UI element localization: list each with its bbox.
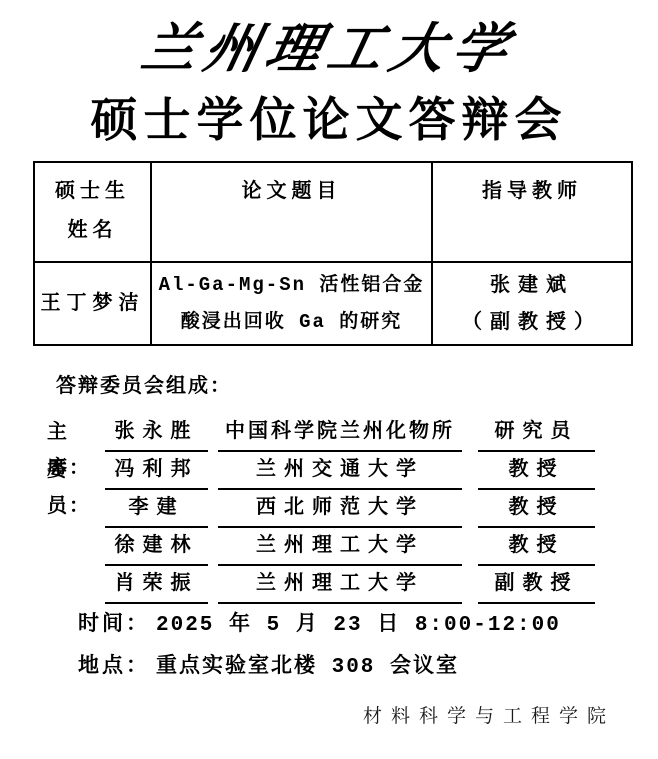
- member-name-underline: 李建: [105, 490, 208, 528]
- header-cell-student-name: 硕士生 姓名: [34, 162, 151, 262]
- member-name-underline: 徐建林: [105, 528, 208, 566]
- university-logo-calligraphy: 兰州理工大学: [0, 6, 658, 90]
- committee-list: 主席： 张永胜 中国科学院兰州化物所 研究员 委员： 冯利邦 兰州交通大学 教授…: [47, 414, 627, 604]
- committee-row-member-4: 肖荣振 兰州理工大学 副教授: [47, 566, 627, 604]
- member-name-underline: 冯利邦: [105, 452, 208, 490]
- member-org-underline: 兰州交通大学: [218, 452, 462, 490]
- header-cell-advisor: 指导教师: [432, 162, 632, 262]
- committee-row-member-1: 委员： 冯利邦 兰州交通大学 教授: [47, 452, 627, 490]
- committee-section-title: 答辩委员会组成：: [56, 369, 232, 398]
- member-title-underline: 教授: [478, 452, 595, 490]
- place-value: 重点实验室北楼 308 会议室: [156, 656, 459, 679]
- advisor-name-text: 张建斌: [433, 267, 631, 304]
- defense-info-table: 硕士生 姓名 论文题目 指导教师 王丁梦洁 Al-Ga-Mg-Sn 活性铝合金 …: [33, 161, 633, 346]
- table-data-row: 王丁梦洁 Al-Ga-Mg-Sn 活性铝合金 酸浸出回收 Ga 的研究 张建斌 …: [34, 262, 632, 345]
- header-cell-thesis-title: 论文题目: [151, 162, 432, 262]
- committee-row-member-2: 李建 西北师范大学 教授: [47, 490, 627, 528]
- department-signature: 材料科学与工程学院: [363, 701, 615, 728]
- place-label: 地点：: [78, 653, 150, 677]
- defense-announcement-document: 兰州理工大学 硕士学位论文答辩会 硕士生 姓名 论文题目 指导教师 王丁梦洁 A…: [0, 0, 658, 759]
- member-title-underline: 教授: [478, 490, 595, 528]
- chair-title-underline: 研究员: [478, 414, 595, 452]
- member-role-label: 委员：: [47, 452, 105, 490]
- time-row: 时间：2025 年 5 月 23 日 8:00-12:00: [78, 610, 561, 639]
- student-name-text: 王丁梦洁: [35, 285, 150, 322]
- chair-org-underline: 中国科学院兰州化物所: [218, 414, 462, 452]
- member-title-underline: 教授: [478, 528, 595, 566]
- member-org-underline: 西北师范大学: [218, 490, 462, 528]
- header-advisor-label: 指导教师: [433, 172, 631, 211]
- member-title-underline: 副教授: [478, 566, 595, 604]
- table-header-row: 硕士生 姓名 论文题目 指导教师: [34, 162, 632, 262]
- member-name-underline: 肖荣振: [105, 566, 208, 604]
- advisor-title-text: （副教授）: [433, 304, 631, 341]
- chair-name-underline: 张永胜: [105, 414, 208, 452]
- header-thesis-label: 论文题目: [152, 172, 431, 211]
- place-row: 地点：重点实验室北楼 308 会议室: [78, 652, 459, 681]
- cell-thesis-title: Al-Ga-Mg-Sn 活性铝合金 酸浸出回收 Ga 的研究: [151, 262, 432, 345]
- member-role-label: [47, 566, 105, 604]
- committee-row-chair: 主席： 张永胜 中国科学院兰州化物所 研究员: [47, 414, 627, 452]
- cell-advisor: 张建斌 （副教授）: [432, 262, 632, 345]
- thesis-title-line1: Al-Ga-Mg-Sn 活性铝合金: [152, 267, 431, 304]
- thesis-title-line2: 酸浸出回收 Ga 的研究: [152, 304, 431, 341]
- member-org-underline: 兰州理工大学: [218, 566, 462, 604]
- cell-student-name: 王丁梦洁: [34, 262, 151, 345]
- header-student-line2: 姓名: [35, 211, 150, 250]
- document-title: 硕士学位论文答辩会: [0, 90, 658, 152]
- member-role-label: [47, 528, 105, 566]
- time-value: 2025 年 5 月 23 日 8:00-12:00: [156, 614, 561, 637]
- time-label: 时间：: [78, 611, 150, 635]
- header-student-line1: 硕士生: [35, 172, 150, 211]
- member-role-label: [47, 490, 105, 528]
- committee-row-member-3: 徐建林 兰州理工大学 教授: [47, 528, 627, 566]
- member-org-underline: 兰州理工大学: [218, 528, 462, 566]
- chair-role-label: 主席：: [47, 414, 105, 452]
